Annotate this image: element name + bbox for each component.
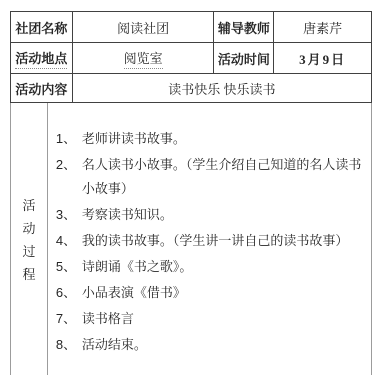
- item-number: 2、: [56, 153, 82, 201]
- item-number: 5、: [56, 255, 82, 279]
- location-label: 活动地点: [11, 43, 73, 74]
- process-item: 1、 老师讲读书故事。: [56, 127, 365, 151]
- location-value-text: 阅览室: [124, 48, 163, 69]
- process-item: 7、 读书格言: [56, 307, 365, 331]
- tutor-name-value: 唐素芹: [274, 12, 372, 43]
- process-item: 2、 名人读书小故事。（学生介绍自己知道的名人读书小故事）: [56, 153, 365, 201]
- club-name-value: 阅读社团: [73, 12, 215, 43]
- item-text: 小品表演《借书》: [82, 281, 365, 305]
- item-number: 3、: [56, 203, 82, 227]
- tutor-label: 辅导教师: [214, 12, 274, 43]
- item-text: 名人读书小故事。（学生介绍自己知道的名人读书小故事）: [82, 153, 365, 201]
- process-item: 6、 小品表演《借书》: [56, 281, 365, 305]
- location-label-text: 活动地点: [15, 48, 67, 69]
- item-number: 7、: [56, 307, 82, 331]
- item-number: 1、: [56, 127, 82, 151]
- table-row-location-time: 活动地点 阅览室 活动时间 3月9日: [10, 43, 372, 74]
- item-number: 8、: [56, 333, 82, 357]
- process-list: 1、 老师讲读书故事。 2、 名人读书小故事。（学生介绍自己知道的名人读书小故事…: [48, 103, 372, 375]
- activity-record-table: 社团名称 阅读社团 辅导教师 唐素芹 活动地点 阅览室 活动时间 3月9日 活动…: [10, 11, 372, 375]
- item-number: 6、: [56, 281, 82, 305]
- table-row-club: 社团名称 阅读社团 辅导教师 唐素芹: [10, 12, 372, 43]
- content-label: 活动内容: [11, 74, 73, 103]
- item-text: 老师讲读书故事。: [82, 127, 365, 151]
- item-text: 诗朗诵《书之歌》。: [82, 255, 365, 279]
- item-number: 4、: [56, 229, 82, 253]
- time-value: 3月9日: [274, 43, 372, 74]
- process-item: 8、 活动结束。: [56, 333, 365, 357]
- table-row-content: 活动内容 读书快乐 快乐读书: [10, 74, 372, 103]
- process-item: 5、 诗朗诵《书之歌》。: [56, 255, 365, 279]
- club-name-label: 社团名称: [11, 12, 73, 43]
- content-value: 读书快乐 快乐读书: [73, 74, 372, 103]
- item-text: 考察读书知识。: [82, 203, 365, 227]
- process-item: 4、 我的读书故事。（学生讲一讲自己的读书故事）: [56, 229, 365, 253]
- process-label: 活动过程: [22, 194, 36, 286]
- time-label: 活动时间: [214, 43, 274, 74]
- process-item: 3、 考察读书知识。: [56, 203, 365, 227]
- item-text: 读书格言: [82, 307, 365, 331]
- location-value: 阅览室: [73, 43, 215, 74]
- item-text: 活动结束。: [82, 333, 365, 357]
- table-row-process: 活动过程 1、 老师讲读书故事。 2、 名人读书小故事。（学生介绍自己知道的名人…: [10, 103, 372, 375]
- item-text: 我的读书故事。（学生讲一讲自己的读书故事）: [82, 229, 365, 253]
- process-label-cell: 活动过程: [11, 103, 48, 375]
